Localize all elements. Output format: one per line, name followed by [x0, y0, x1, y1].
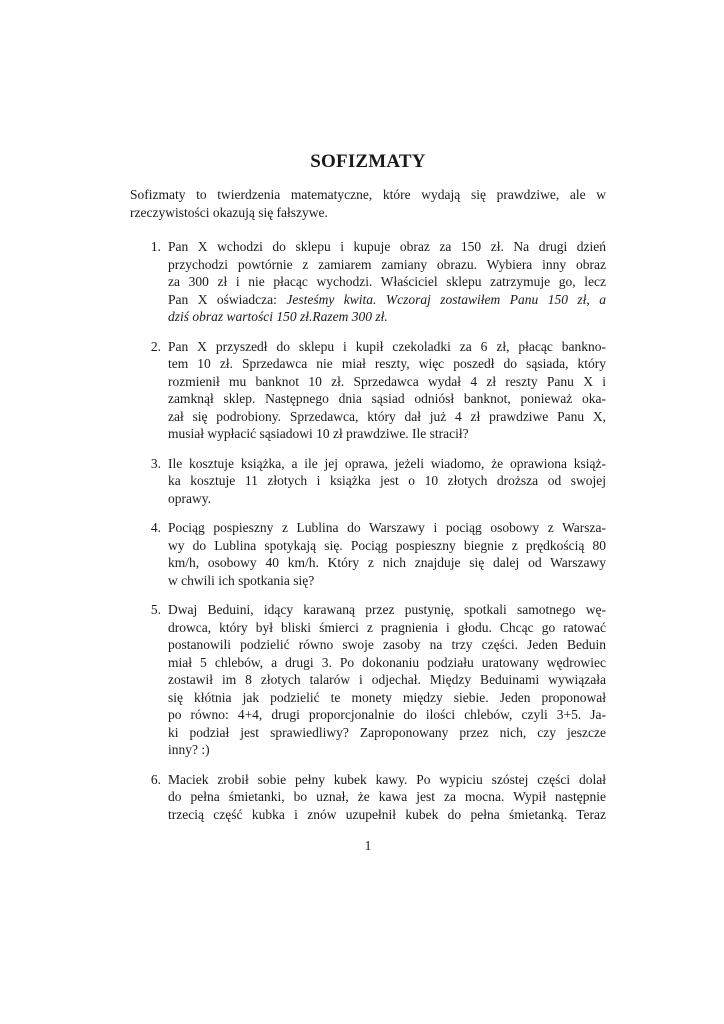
- text-line: się kłótnia jak podzielić te monety międ…: [168, 689, 606, 707]
- text-line: Maciek zrobił sobie pełny kubek kawy. Po…: [168, 771, 606, 789]
- italic-text-segment: Jesteśmy kwita. Wczoraj zostawiłem Panu …: [286, 292, 606, 307]
- problem-number: 6.: [130, 771, 161, 824]
- problem-number: 3.: [130, 455, 161, 508]
- text-line: do pełna śmietanki, bo uznał, że kawa je…: [168, 788, 606, 806]
- text-line: za 300 zł i nie płacąc wychodzi. Właścic…: [168, 273, 606, 291]
- text-segment: Pan X oświadcza:: [168, 292, 286, 307]
- text-line: wy do Lublina spotykają się. Pociąg posp…: [168, 537, 606, 555]
- text-line: zostawił im 8 złotych talarów i odjechał…: [168, 671, 606, 689]
- text-line: ki podział jest sprawiedliwy? Zaproponow…: [168, 724, 606, 742]
- problem-text: Pociąg pospieszny z Lublina do Warszawy …: [168, 519, 606, 589]
- text-line: dziś obraz wartości 150 zł.Razem 300 zł.: [168, 308, 606, 326]
- problem-text: Ile kosztuje książka, a ile jej oprawa, …: [168, 455, 606, 508]
- problem-text: Pan X przyszedł do sklepu i kupił czekol…: [168, 338, 606, 443]
- text-line: km/h, osobowy 40 km/h. Który z nich znaj…: [168, 554, 606, 572]
- text-line: w chwili ich spotkania się?: [168, 572, 606, 590]
- text-line: rzeczywistości okazują się fałszywe.: [130, 204, 606, 222]
- text-line: Pan X oświadcza: Jesteśmy kwita. Wczoraj…: [168, 291, 606, 309]
- text-line: inny? :): [168, 741, 606, 759]
- text-line: miał 5 chlebów, a drugi 3. Po dokonaniu …: [168, 654, 606, 672]
- text-line: rozmienił mu banknot 10 zł. Sprzedawca w…: [168, 373, 606, 391]
- text-line: oprawy.: [168, 490, 606, 508]
- text-line: zamknął sklep. Następnego dnia sąsiad od…: [168, 390, 606, 408]
- document-page: SOFIZMATY Sofizmaty to twierdzenia matem…: [0, 0, 724, 1024]
- text-line: drowca, który był bliski śmierci z pragn…: [168, 619, 606, 637]
- problem-text: Maciek zrobił sobie pełny kubek kawy. Po…: [168, 771, 606, 824]
- text-line: przychodzi powtórnie z zamiarem zamiany …: [168, 256, 606, 274]
- text-line: musiał wypłacić sąsiadowi 10 zł prawdziw…: [168, 425, 606, 443]
- problem-item-1: 1. Pan X wchodzi do sklepu i kupuje obra…: [130, 238, 606, 326]
- text-line: Ile kosztuje książka, a ile jej oprawa, …: [168, 455, 606, 473]
- problems-list: 1. Pan X wchodzi do sklepu i kupuje obra…: [130, 238, 606, 823]
- problem-item-4: 4. Pociąg pospieszny z Lublina do Warsza…: [130, 519, 606, 589]
- problem-number: 1.: [130, 238, 161, 326]
- problem-text: Dwaj Beduini, idący karawaną przez pusty…: [168, 601, 606, 759]
- problem-number: 5.: [130, 601, 161, 759]
- text-line: ka kosztuje 11 złotych i książka jest o …: [168, 472, 606, 490]
- text-line: tem 10 zł. Sprzedawca nie miał reszty, w…: [168, 355, 606, 373]
- problem-item-5: 5. Dwaj Beduini, idący karawaną przez pu…: [130, 601, 606, 759]
- intro-paragraph: Sofizmaty to twierdzenia matematyczne, k…: [130, 186, 606, 221]
- problem-item-3: 3. Ile kosztuje książka, a ile jej opraw…: [130, 455, 606, 508]
- document-content: SOFIZMATY Sofizmaty to twierdzenia matem…: [130, 150, 606, 823]
- problem-text: Pan X wchodzi do sklepu i kupuje obraz z…: [168, 238, 606, 326]
- text-line: Pociąg pospieszny z Lublina do Warszawy …: [168, 519, 606, 537]
- text-line: trzecią część kubka i znów uzupełnił kub…: [168, 806, 606, 824]
- problem-number: 2.: [130, 338, 161, 443]
- problem-item-6: 6. Maciek zrobił sobie pełny kubek kawy.…: [130, 771, 606, 824]
- problem-number: 4.: [130, 519, 161, 589]
- text-line: Pan X przyszedł do sklepu i kupił czekol…: [168, 338, 606, 356]
- text-line: po równo: 4+4, drugi proporcjonalnie do …: [168, 706, 606, 724]
- text-line: postanowili podzielić równo swoje zasoby…: [168, 636, 606, 654]
- document-title: SOFIZMATY: [130, 150, 606, 174]
- text-line: Pan X wchodzi do sklepu i kupuje obraz z…: [168, 238, 606, 256]
- text-line: Sofizmaty to twierdzenia matematyczne, k…: [130, 186, 606, 204]
- text-line: zał się podrobiony. Sprzedawca, który da…: [168, 408, 606, 426]
- text-line: Dwaj Beduini, idący karawaną przez pusty…: [168, 601, 606, 619]
- italic-text-segment: dziś obraz wartości 150 zł.Razem 300 zł.: [168, 309, 388, 324]
- page-number: 1: [130, 838, 606, 854]
- problem-item-2: 2. Pan X przyszedł do sklepu i kupił cze…: [130, 338, 606, 443]
